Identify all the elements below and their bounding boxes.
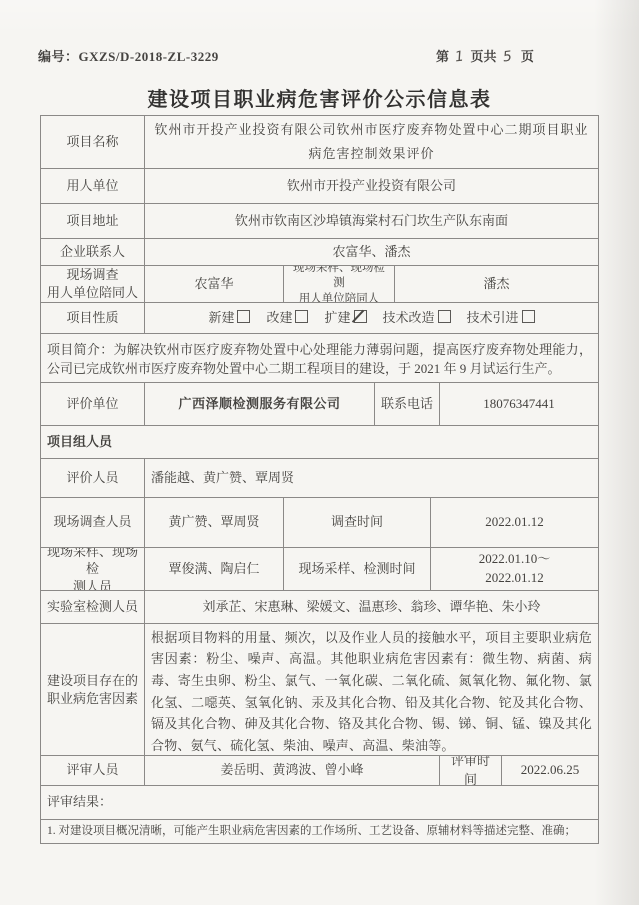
page-indicator: 第 1 页共 5 页: [436, 46, 537, 65]
row-employer: 用人单位 钦州市开投产业投资有限公司: [41, 168, 598, 203]
page-current-handwritten: 1: [454, 49, 465, 66]
survey-escort-value: 农富华: [144, 266, 283, 302]
form-title: 建设项目职业病危害评价公示信息表: [0, 83, 639, 112]
hazard-factors-value: 根据项目物料的用量、频次，以及作业人员的接触水平，项目主要职业病危害因素：粉尘、…: [144, 624, 598, 755]
row-address: 项目地址 钦州市钦南区沙埠镇海棠村石门坎生产队东南面: [41, 203, 598, 238]
lab-label: 实验室检测人员: [41, 591, 144, 623]
address-value: 钦州市钦南区沙埠镇海棠村石门坎生产队东南面: [144, 204, 598, 238]
phone-label: 联系电话: [374, 383, 439, 425]
review-time-value: 2022.06.25: [501, 756, 598, 785]
option-expansion: 扩建: [324, 309, 366, 328]
employer-label: 用人单位: [41, 169, 144, 203]
checkbox-icon: [438, 310, 451, 323]
checkbox-icon: [237, 310, 250, 323]
row-escorts: 现场调查 用人单位陪同人 农富华 现场采样、现场检测 用人单位陪同人 潘杰: [41, 265, 598, 302]
project-nature-label: 项目性质: [41, 303, 144, 333]
review-time-label: 评审时间: [439, 756, 501, 785]
row-lab: 实验室检测人员 刘承芷、宋惠琳、梁媛文、温惠珍、翁珍、谭华艳、朱小玲: [41, 590, 598, 623]
hazard-factors-label: 建设项目存在的 职业病危害因素: [41, 624, 144, 755]
lab-value: 刘承芷、宋惠琳、梁媛文、温惠珍、翁珍、谭华艳、朱小玲: [144, 591, 598, 623]
survey-escort-label: 现场调查 用人单位陪同人: [41, 266, 144, 302]
phone-value: 18076347441: [439, 383, 598, 425]
project-nature-options: 新建 改建 扩建 技术改造 技术引进: [144, 303, 598, 333]
team-section-header: 项目组人员: [41, 426, 598, 458]
row-project-name: 项目名称 钦州市开投产业投资有限公司钦州市医疗废弃物处置中心二期项目职业病危害控…: [41, 116, 598, 168]
sampling-label: 现场采样、现场检 测人员: [41, 548, 144, 590]
row-team-header: 项目组人员: [41, 425, 598, 458]
row-evaluator-org: 评价单位 广西泽顺检测服务有限公司 联系电话 18076347441: [41, 382, 598, 425]
row-sampling: 现场采样、现场检 测人员 覃俊满、陶启仁 现场采样、检测时间 2022.01.1…: [41, 547, 598, 590]
option-reconstruction: 改建: [266, 309, 308, 328]
page-mid: 页共: [470, 49, 496, 64]
row-evaluators: 评价人员 潘能越、黄广赞、覃周贤: [41, 458, 598, 497]
checkbox-icon: [295, 310, 308, 323]
survey-time-label: 调查时间: [283, 498, 430, 547]
project-name-label: 项目名称: [41, 116, 144, 168]
row-hazard-factors: 建设项目存在的 职业病危害因素 根据项目物料的用量、频次，以及作业人员的接触水平…: [41, 623, 598, 755]
row-review-result-item1: 1. 对建设项目概况清晰，可能产生职业病危害因素的工作场所、工艺设备、原辅材料等…: [41, 819, 598, 843]
checkbox-icon: [522, 310, 535, 323]
sampling-value: 覃俊满、陶启仁: [144, 548, 283, 590]
sampling-time-label: 现场采样、检测时间: [283, 548, 430, 590]
site-survey-label: 现场调查人员: [41, 498, 144, 547]
review-value: 姜岳明、黄鸿波、曾小峰: [144, 756, 439, 785]
evaluator-org-value: 广西泽顺检测服务有限公司: [144, 383, 374, 425]
evaluators-label: 评价人员: [41, 459, 144, 497]
doc-number: 编号：GXZS/D-2018-ZL-3229: [38, 46, 219, 65]
evaluators-value: 潘能越、黄广赞、覃周贤: [144, 459, 598, 497]
row-review: 评审人员 姜岳明、黄鸿波、曾小峰 评审时间 2022.06.25: [41, 755, 598, 785]
sampling-escort-label: 现场采样、现场检测 用人单位陪同人: [283, 266, 394, 302]
page-prefix: 第: [436, 49, 449, 64]
review-label: 评审人员: [41, 756, 144, 785]
scanned-form-page: 编号：GXZS/D-2018-ZL-3229 第 1 页共 5 页 建设项目职业…: [0, 0, 639, 905]
sampling-time-value: 2022.01.10～ 2022.01.12: [430, 548, 598, 590]
employer-value: 钦州市开投产业投资有限公司: [144, 169, 598, 203]
page-suffix: 页: [521, 49, 534, 64]
site-survey-value: 黄广赞、覃周贤: [144, 498, 283, 547]
review-result-label: 评审结果：: [41, 786, 598, 819]
sampling-escort-value: 潘杰: [394, 266, 598, 302]
row-site-survey: 现场调查人员 黄广赞、覃周贤 调查时间 2022.01.12: [41, 497, 598, 547]
evaluator-org-label: 评价单位: [41, 383, 144, 425]
review-result-item1: 1. 对建设项目概况清晰，可能产生职业病危害因素的工作场所、工艺设备、原辅材料等…: [41, 820, 598, 843]
row-company-contact: 企业联系人 农富华、潘杰: [41, 238, 598, 265]
page-total-handwritten: 5: [502, 49, 513, 66]
option-technical-renovation: 技术改造: [383, 309, 451, 328]
option-technology-import: 技术引进: [467, 309, 535, 328]
row-project-nature: 项目性质 新建 改建 扩建 技术改造 技术引进: [41, 302, 598, 333]
row-project-brief: 项目简介：为解决钦州市医疗废弃物处置中心处理能力薄弱问题，提高医疗废弃物处理能力…: [41, 333, 598, 382]
address-label: 项目地址: [41, 204, 144, 238]
row-review-result-header: 评审结果：: [41, 785, 598, 819]
option-new-construction: 新建: [208, 309, 250, 328]
project-brief-text: 项目简介：为解决钦州市医疗废弃物处置中心处理能力薄弱问题，提高医疗废弃物处理能力…: [41, 334, 598, 382]
company-contact-value: 农富华、潘杰: [144, 239, 598, 265]
checkbox-checked-icon: [354, 310, 367, 323]
public-info-table: 项目名称 钦州市开投产业投资有限公司钦州市医疗废弃物处置中心二期项目职业病危害控…: [40, 115, 599, 844]
company-contact-label: 企业联系人: [41, 239, 144, 265]
survey-time-value: 2022.01.12: [430, 498, 598, 547]
project-name-value: 钦州市开投产业投资有限公司钦州市医疗废弃物处置中心二期项目职业病危害控制效果评价: [144, 116, 598, 168]
